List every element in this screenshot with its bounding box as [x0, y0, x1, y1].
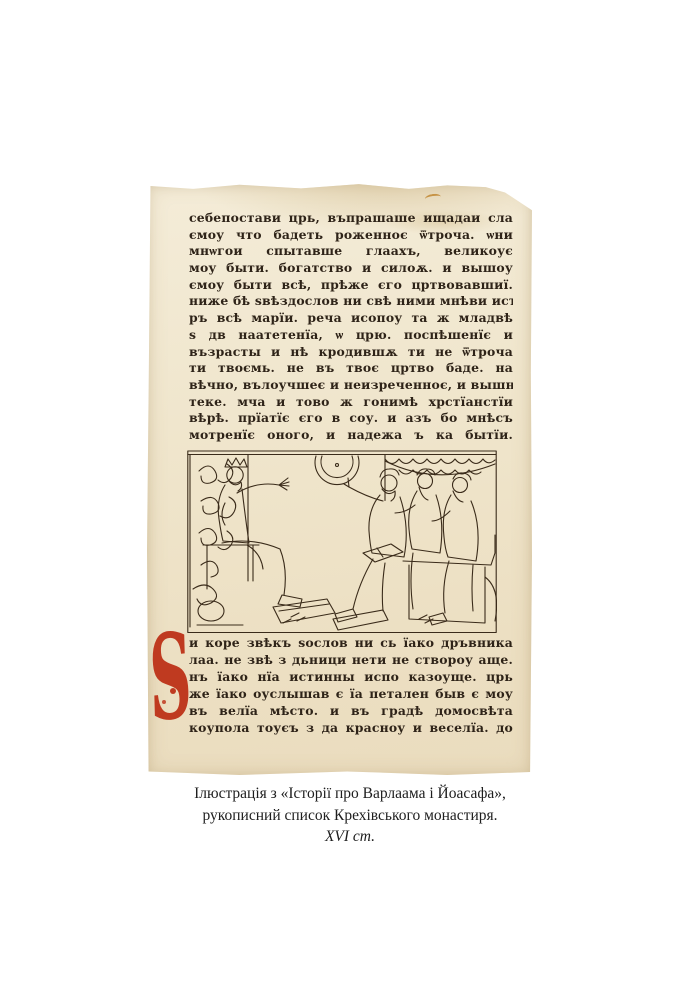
- king-figure: [218, 458, 302, 607]
- manuscript-line: лаа. не звѣ з дьници нети не створоу аще…: [189, 652, 513, 669]
- initial-flourish-dot: [170, 688, 176, 694]
- manuscript-line: и коре звѣкъ ѕослов ни сь їако дръвника: [189, 635, 513, 652]
- manuscript-line: теке. мча и тово ж гонимѣ хрстїанстїи: [189, 394, 513, 411]
- sun-icon: [315, 456, 359, 485]
- manuscript-text-bottom: и коре звѣкъ ѕослов ни сь їако дръвника …: [189, 635, 513, 737]
- manuscript-line: ти твоємь. не въ твоє цртво баде. на: [189, 360, 513, 377]
- manuscript-line: възрасты и нѣ кродившѫ ти не ѿтроча: [189, 344, 513, 361]
- manuscript-line: же їако оуслышав є їа петален быв є моу: [189, 686, 513, 703]
- scholar-figure-2: [395, 469, 442, 609]
- scholar-figure-1: [333, 469, 406, 630]
- manuscript-line: мотренїє оного, и надежа ъ ка бытїи.: [189, 427, 513, 444]
- manuscript-line: вѣрѣ. прїатїє єго в соу. и азъ бо мнѣсъ: [189, 410, 513, 427]
- miniature-drawing: [187, 449, 497, 635]
- manuscript-line: нъ їако нїа истинны испо казоуще. црь: [189, 669, 513, 686]
- footstool: [273, 599, 335, 623]
- manuscript-line: ємоу что бадеть роженноє ѿтроча. ѡни: [189, 227, 513, 244]
- crown-icon: [225, 458, 247, 467]
- manuscript-line: ємоу быти всѣ, прѣже єго цртвовавшиї.: [189, 277, 513, 294]
- manuscript-line: ниже бѣ ѕвѣздослов ни свѣ ними мнѣви ист…: [189, 293, 513, 310]
- initial-letter: Ѕ: [148, 622, 193, 735]
- illuminated-initial: Ѕ: [148, 626, 188, 744]
- initial-flourish-dot: [162, 700, 166, 704]
- manuscript-line: въ велїа мѣсто. и въ градѣ домосвѣта: [189, 703, 513, 720]
- manuscript-line: себепостави црь, въпрашаше ищадаи сла: [189, 210, 513, 227]
- caption-line-2: рукописний список Крехівського монастиря…: [0, 805, 700, 827]
- manuscript-line: моу быти. богатство и силоѫ. и вышоу: [189, 260, 513, 277]
- manuscript-line: ръ всѣ марїи. реча исопоу та ж младвѣ: [189, 310, 513, 327]
- canopy-drapery: [385, 455, 495, 501]
- caption: Ілюстрація з «Історії про Варлаама і Йоа…: [0, 783, 700, 848]
- book-page: { "colors":{ "paper":"#efe4c9", "ink":"#…: [0, 0, 700, 990]
- manuscript-line: вѣчно, вълоучшеє и неизреченноє, и вышнї…: [189, 377, 513, 394]
- throne-seat: [193, 545, 335, 625]
- manuscript-line: коупола тоуєъ з да красноу и веселїа. до: [189, 720, 513, 737]
- manuscript-photo: себепостави црь, въпрашаше ищадаи сла єм…: [147, 183, 532, 775]
- manuscript-line: ѕ дв наатетенїа, ѡ црю. поспѣшенїє и: [189, 327, 513, 344]
- manuscript-line: мнѡгои спытавше глаахъ, великоує: [189, 243, 513, 260]
- scholar-figure-3: [419, 473, 478, 625]
- caption-line-3: XVI ст.: [0, 826, 700, 848]
- caption-line-1: Ілюстрація з «Історії про Варлаама і Йоа…: [0, 783, 700, 805]
- manuscript-text-top: себепостави црь, въпрашаше ищадаи сла єм…: [189, 210, 513, 444]
- open-book-icon: [363, 544, 403, 562]
- bench: [403, 535, 497, 623]
